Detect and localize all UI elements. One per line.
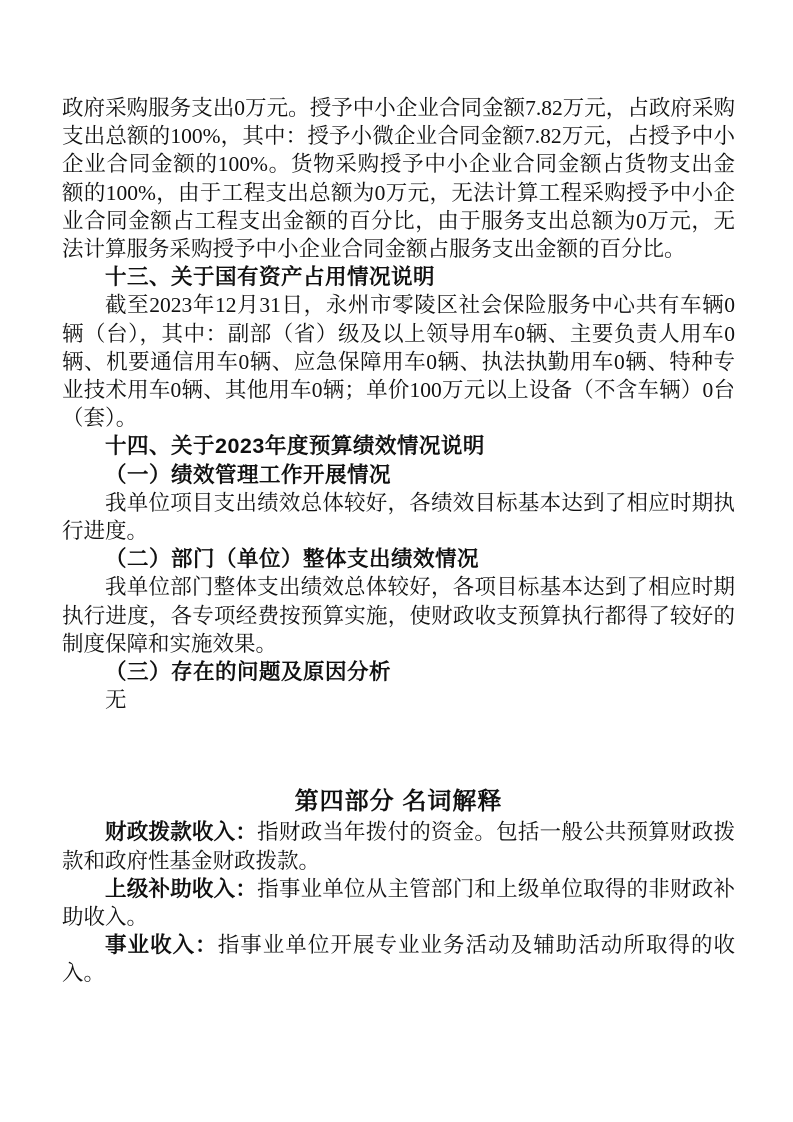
glossary-entry-superior-subsidy: 上级补助收入：指事业单位从主管部门和上级单位取得的非财政补助收入。: [62, 875, 735, 931]
section-14-sub1-body: 我单位项目支出绩效总体较好，各绩效目标基本达到了相应时期执行进度。: [62, 489, 735, 545]
glossary-term-label: 事业收入：: [105, 933, 218, 957]
glossary-term-label: 上级补助收入：: [105, 877, 257, 901]
glossary-entry-fiscal-appropriation: 财政拨款收入：指财政当年拨付的资金。包括一般公共预算财政拨款和政府性基金财政拨款…: [62, 818, 735, 874]
document-page: 政府采购服务支出0万元。授予中小企业合同金额7.82万元，占政府采购支出总额的1…: [0, 0, 793, 1122]
section-14-sub2-heading: （二）部门（单位）整体支出绩效情况: [62, 545, 735, 573]
part-4-title: 第四部分 名词解释: [62, 786, 735, 818]
blank-space: [62, 714, 735, 786]
glossary-term-label: 财政拨款收入：: [105, 820, 257, 844]
section-14-sub2-body: 我单位部门整体支出绩效总体较好，各项目标基本达到了相应时期执行进度，各专项经费按…: [62, 573, 735, 658]
paragraph-procurement-continued: 政府采购服务支出0万元。授予中小企业合同金额7.82万元，占政府采购支出总额的1…: [62, 94, 735, 263]
section-13-heading: 十三、关于国有资产占用情况说明: [62, 263, 735, 291]
glossary-entry-business-income: 事业收入：指事业单位开展专业业务活动及辅助活动所取得的收入。: [62, 931, 735, 987]
section-14-sub3-body: 无: [62, 686, 735, 714]
section-14-heading: 十四、关于2023年度预算绩效情况说明: [62, 432, 735, 460]
section-14-sub1-heading: （一）绩效管理工作开展情况: [62, 461, 735, 489]
section-14-sub3-heading: （三）存在的问题及原因分析: [62, 658, 735, 686]
section-13-body: 截至2023年12月31日，永州市零陵区社会保险服务中心共有车辆0辆（台），其中…: [62, 291, 735, 432]
